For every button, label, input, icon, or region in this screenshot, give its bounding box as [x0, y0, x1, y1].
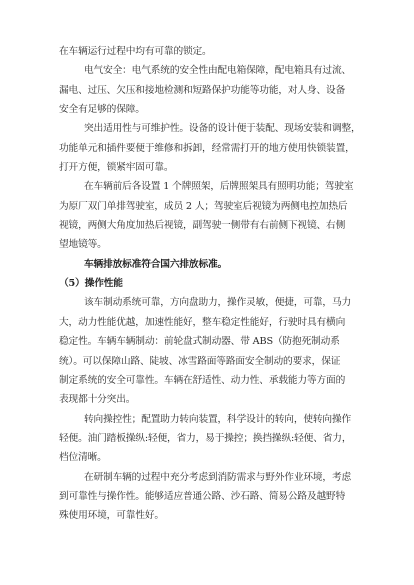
text-line: 在车辆前后各设置 1 个牌照架，后牌照架具有照明功能；驾驶室: [59, 177, 357, 196]
text-line: 安全有足够的保障。: [59, 100, 357, 119]
text-line: 大，动力性能优越，加速性能好，整车稳定性能好，行驶时具有横向: [59, 313, 357, 332]
text-line: 在车辆运行过程中均有可靠的锁定。: [59, 42, 357, 61]
text-line: 稳定性。车辆车辆制动：前轮盘式制动器、带 ABS（防抱死制动系: [59, 332, 357, 351]
text-line: 为原厂双门单排驾驶室，成员 2 人；驾驶室后视镜为两侧电控加热后: [59, 197, 357, 216]
text-line: 殊使用环境，可靠性好。: [59, 506, 357, 525]
document-page: 在车辆运行过程中均有可靠的锁定。电气安全：电气系统的安全性由配电箱保障，配电箱具…: [0, 0, 414, 585]
text-line: 转向操控性；配置助力转向装置，科学设计的转向，使转向操作: [59, 410, 357, 429]
text-line: 档位清晰。: [59, 448, 357, 467]
document-text-body: 在车辆运行过程中均有可靠的锁定。电气安全：电气系统的安全性由配电箱保障，配电箱具…: [59, 42, 357, 526]
text-line: 视镜，两侧大角度加热后视镜，副驾驶一侧带有右前侧下视镜、右侧: [59, 216, 357, 235]
text-line: （5）操作性能: [59, 274, 357, 293]
text-line: 该车制动系统可靠，方向盘助力，操作灵敏，便捷，可靠，马力: [59, 293, 357, 312]
text-line: 在研制车辆的过程中充分考虑到消防需求与野外作业环境，考虑: [59, 468, 357, 487]
text-line: 到可靠性与操作性。能够适应普通公路、沙石路、简易公路及越野特: [59, 487, 357, 506]
text-line: 突出适用性与可维护性。设备的设计便于装配、现场安装和调整，: [59, 119, 357, 138]
text-line: 漏电、过压、欠压和接地检测和短路保护功能等功能，对人身、设备: [59, 81, 357, 100]
text-line: 轻便。油门踏板操纵:轻便，省力，易于操控；换挡操纵:轻便、省力，: [59, 429, 357, 448]
text-line: 电气安全：电气系统的安全性由配电箱保障，配电箱具有过流、: [59, 61, 357, 80]
text-line: 车辆排放标准符合国六排放标准。: [59, 255, 357, 274]
text-line: 统）。可以保障山路、陡坡、冰雪路面等路面安全制动的要求，保证: [59, 352, 357, 371]
text-line: 制定系统的安全可靠性。车辆在舒适性、动力性、承载能力等方面的: [59, 371, 357, 390]
text-line: 望地镜等。: [59, 235, 357, 254]
text-line: 功能单元和插件要便于维修和拆卸，经常需打开的地方使用快锁装置，: [59, 139, 357, 158]
text-line: 表现都十分突出。: [59, 390, 357, 409]
text-line: 打开方便，锁紧牢固可靠。: [59, 158, 357, 177]
